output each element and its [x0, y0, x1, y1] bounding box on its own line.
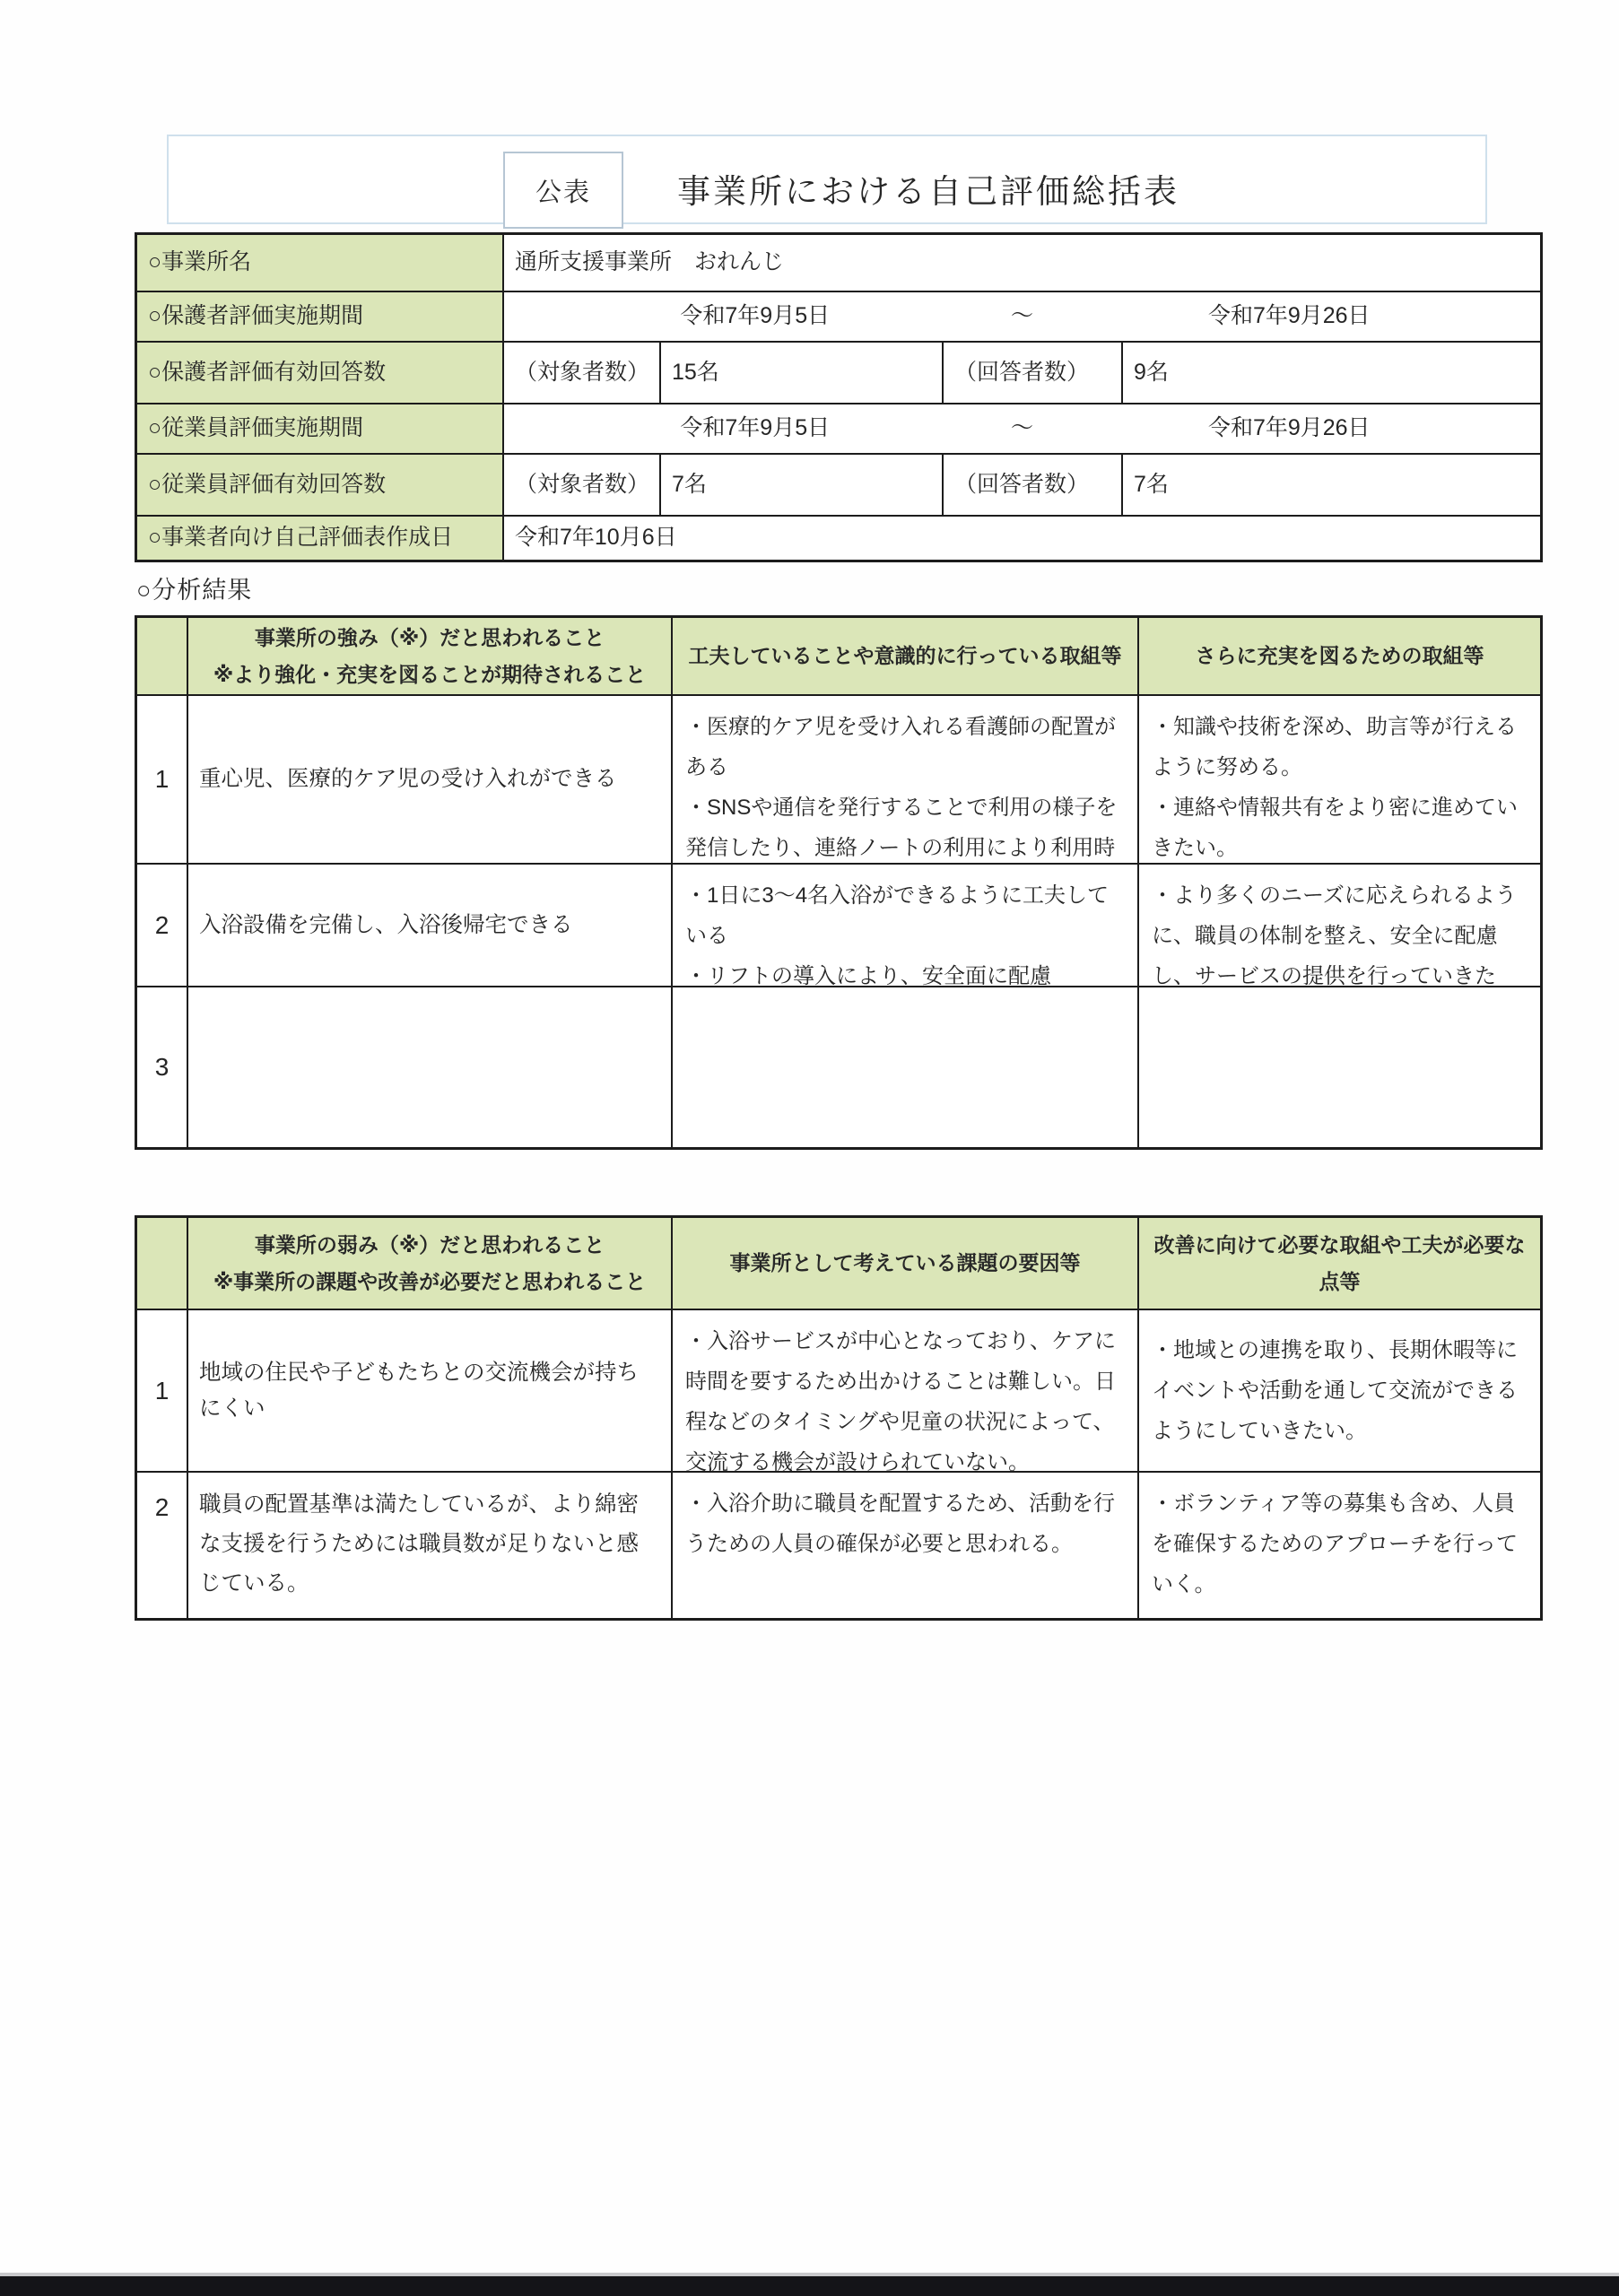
table-row-created-date: ○事業者向け自己評価表作成日 令和7年10月6日	[137, 515, 1540, 560]
staff-period-to: 令和7年9月26日	[1049, 412, 1530, 446]
guardian-respondent-value: 9名	[1121, 343, 1540, 403]
weaknesses-row-2-weakness: 職員の配置基準は満たしているが、より綿密な支援を行うためには職員数が足りないと感…	[187, 1473, 671, 1618]
strengths-header-row: 事業所の強み（※）だと思われること ※より強化・充実を図ることが期待されること …	[137, 618, 1540, 694]
table-row-guardian-period: ○保護者評価実施期間 令和7年9月5日 ～ 令和7年9月26日	[137, 291, 1540, 341]
weaknesses-row-1-causes: ・入浴サービスが中心となっており、ケアに時間を要するため出かけることは難しい。日…	[671, 1310, 1137, 1471]
staff-period-value: 令和7年9月5日 ～ 令和7年9月26日	[502, 404, 1540, 453]
staff-period-range: 令和7年9月5日 ～ 令和7年9月26日	[515, 412, 1529, 446]
office-name-value: 通所支援事業所 おれんじ	[502, 235, 1540, 291]
guardian-period-tilde: ～	[996, 300, 1049, 334]
table-row-staff-period: ○従業員評価実施期間 令和7年9月5日 ～ 令和7年9月26日	[137, 403, 1540, 453]
staff-period-label: ○従業員評価実施期間	[137, 404, 502, 453]
weaknesses-header-col3: 改善に向けて必要な取組や工夫が必要な点等	[1137, 1218, 1540, 1309]
strengths-row-2: 2 入浴設備を完備し、入浴後帰宅できる ・1日に3～4名入浴ができるように工夫し…	[137, 863, 1540, 986]
weaknesses-row-2: 2 職員の配置基準は満たしているが、より綿密な支援を行うためには職員数が足りない…	[137, 1471, 1540, 1618]
weaknesses-row-1-weakness: 地域の住民や子どもたちとの交流機会が持ちにくい	[187, 1310, 671, 1471]
strengths-row-3-further	[1137, 987, 1540, 1147]
strengths-row-1-strength: 重心児、医療的ケア児の受け入れができる	[187, 696, 671, 863]
weaknesses-header-num	[137, 1218, 187, 1309]
table-row-guardian-counts: ○保護者評価有効回答数 （対象者数） 15名 （回答者数） 9名	[137, 341, 1540, 403]
strengths-row-1-further: ・知識や技術を深め、助言等が行えるように努める。 ・連絡や情報共有をより密に進め…	[1137, 696, 1540, 863]
table-row-staff-counts: ○従業員評価有効回答数 （対象者数） 7名 （回答者数） 7名	[137, 453, 1540, 515]
staff-target-label: （対象者数）	[502, 455, 659, 515]
strengths-header-col3: さらに充実を図るための取組等	[1137, 618, 1540, 694]
scan-edge-bar	[0, 2276, 1619, 2296]
weaknesses-header-col2: 事業所として考えている課題の要因等	[671, 1218, 1137, 1309]
created-date-value: 令和7年10月6日	[502, 517, 1540, 560]
weaknesses-header-row: 事業所の弱み（※）だと思われること ※事業所の課題や改善が必要だと思われること …	[137, 1218, 1540, 1309]
guardian-period-to: 令和7年9月26日	[1049, 300, 1530, 334]
created-date-label: ○事業者向け自己評価表作成日	[137, 517, 502, 560]
strengths-row-1-num: 1	[137, 696, 187, 863]
page-title: 事業所における自己評価総括表	[677, 152, 1179, 225]
strengths-header-col2: 工夫していることや意識的に行っている取組等	[671, 618, 1137, 694]
weaknesses-row-1-improvements: ・地域との連携を取り、長期休暇等にイベントや活動を通して交流ができるようにしてい…	[1137, 1310, 1540, 1471]
strengths-row-2-strength: 入浴設備を完備し、入浴後帰宅できる	[187, 865, 671, 986]
public-stamp-box: 公表	[503, 152, 623, 229]
weaknesses-row-2-improvements: ・ボランティア等の募集も含め、人員を確保するためのアプローチを行っていく。	[1137, 1473, 1540, 1618]
guardian-period-label: ○保護者評価実施期間	[137, 292, 502, 341]
weaknesses-row-1: 1 地域の住民や子どもたちとの交流機会が持ちにくい ・入浴サービスが中心となって…	[137, 1309, 1540, 1471]
strengths-row-1-efforts: ・医療的ケア児を受け入れる看護師の配置がある ・SNSや通信を発行することで利用…	[671, 696, 1137, 863]
strengths-row-3: 3	[137, 986, 1540, 1147]
table-row-office-name: ○事業所名 通所支援事業所 おれんじ	[137, 235, 1540, 291]
strengths-row-3-efforts	[671, 987, 1137, 1147]
office-name-label: ○事業所名	[137, 235, 502, 291]
guardian-respondent-label: （回答者数）	[942, 343, 1121, 403]
weaknesses-row-2-causes: ・入浴介助に職員を配置するため、活動を行うための人員の確保が必要と思われる。	[671, 1473, 1137, 1618]
strengths-row-2-efforts: ・1日に3～4名入浴ができるように工夫している ・リフトの導入により、安全面に配…	[671, 865, 1137, 986]
strengths-table: 事業所の強み（※）だと思われること ※より強化・充実を図ることが期待されること …	[135, 615, 1543, 1150]
analysis-section-label: ○分析結果	[136, 570, 252, 605]
strengths-header-num	[137, 618, 187, 694]
weaknesses-row-1-num: 1	[137, 1310, 187, 1471]
staff-period-tilde: ～	[996, 412, 1049, 446]
strengths-row-3-strength	[187, 987, 671, 1147]
weaknesses-row-2-num: 2	[137, 1473, 187, 1618]
guardian-period-range: 令和7年9月5日 ～ 令和7年9月26日	[515, 300, 1529, 334]
weaknesses-header-col1: 事業所の弱み（※）だと思われること ※事業所の課題や改善が必要だと思われること	[187, 1218, 671, 1309]
public-stamp-label: 公表	[535, 172, 591, 209]
staff-target-value: 7名	[659, 455, 942, 515]
document-header: 公表 事業所における自己評価総括表	[0, 0, 1619, 233]
strengths-row-2-further: ・より多くのニーズに応えられるように、職員の体制を整え、安全に配慮し、サービスの…	[1137, 865, 1540, 986]
basic-info-table: ○事業所名 通所支援事業所 おれんじ ○保護者評価実施期間 令和7年9月5日 ～…	[135, 232, 1543, 562]
strengths-header-col1: 事業所の強み（※）だと思われること ※より強化・充実を図ることが期待されること	[187, 618, 671, 694]
guardian-target-value: 15名	[659, 343, 942, 403]
staff-period-from: 令和7年9月5日	[515, 412, 996, 446]
scanned-document-page: 公表 事業所における自己評価総括表 ○事業所名 通所支援事業所 おれんじ ○保護…	[0, 0, 1619, 2296]
guardian-target-label: （対象者数）	[502, 343, 659, 403]
staff-respondent-label: （回答者数）	[942, 455, 1121, 515]
weaknesses-table: 事業所の弱み（※）だと思われること ※事業所の課題や改善が必要だと思われること …	[135, 1215, 1543, 1621]
guardian-period-value: 令和7年9月5日 ～ 令和7年9月26日	[502, 292, 1540, 341]
staff-respondent-value: 7名	[1121, 455, 1540, 515]
staff-counts-label: ○従業員評価有効回答数	[137, 455, 502, 515]
strengths-row-2-num: 2	[137, 865, 187, 986]
guardian-counts-label: ○保護者評価有効回答数	[137, 343, 502, 403]
strengths-row-1: 1 重心児、医療的ケア児の受け入れができる ・医療的ケア児を受け入れる看護師の配…	[137, 694, 1540, 863]
guardian-period-from: 令和7年9月5日	[515, 300, 996, 334]
strengths-row-3-num: 3	[137, 987, 187, 1147]
